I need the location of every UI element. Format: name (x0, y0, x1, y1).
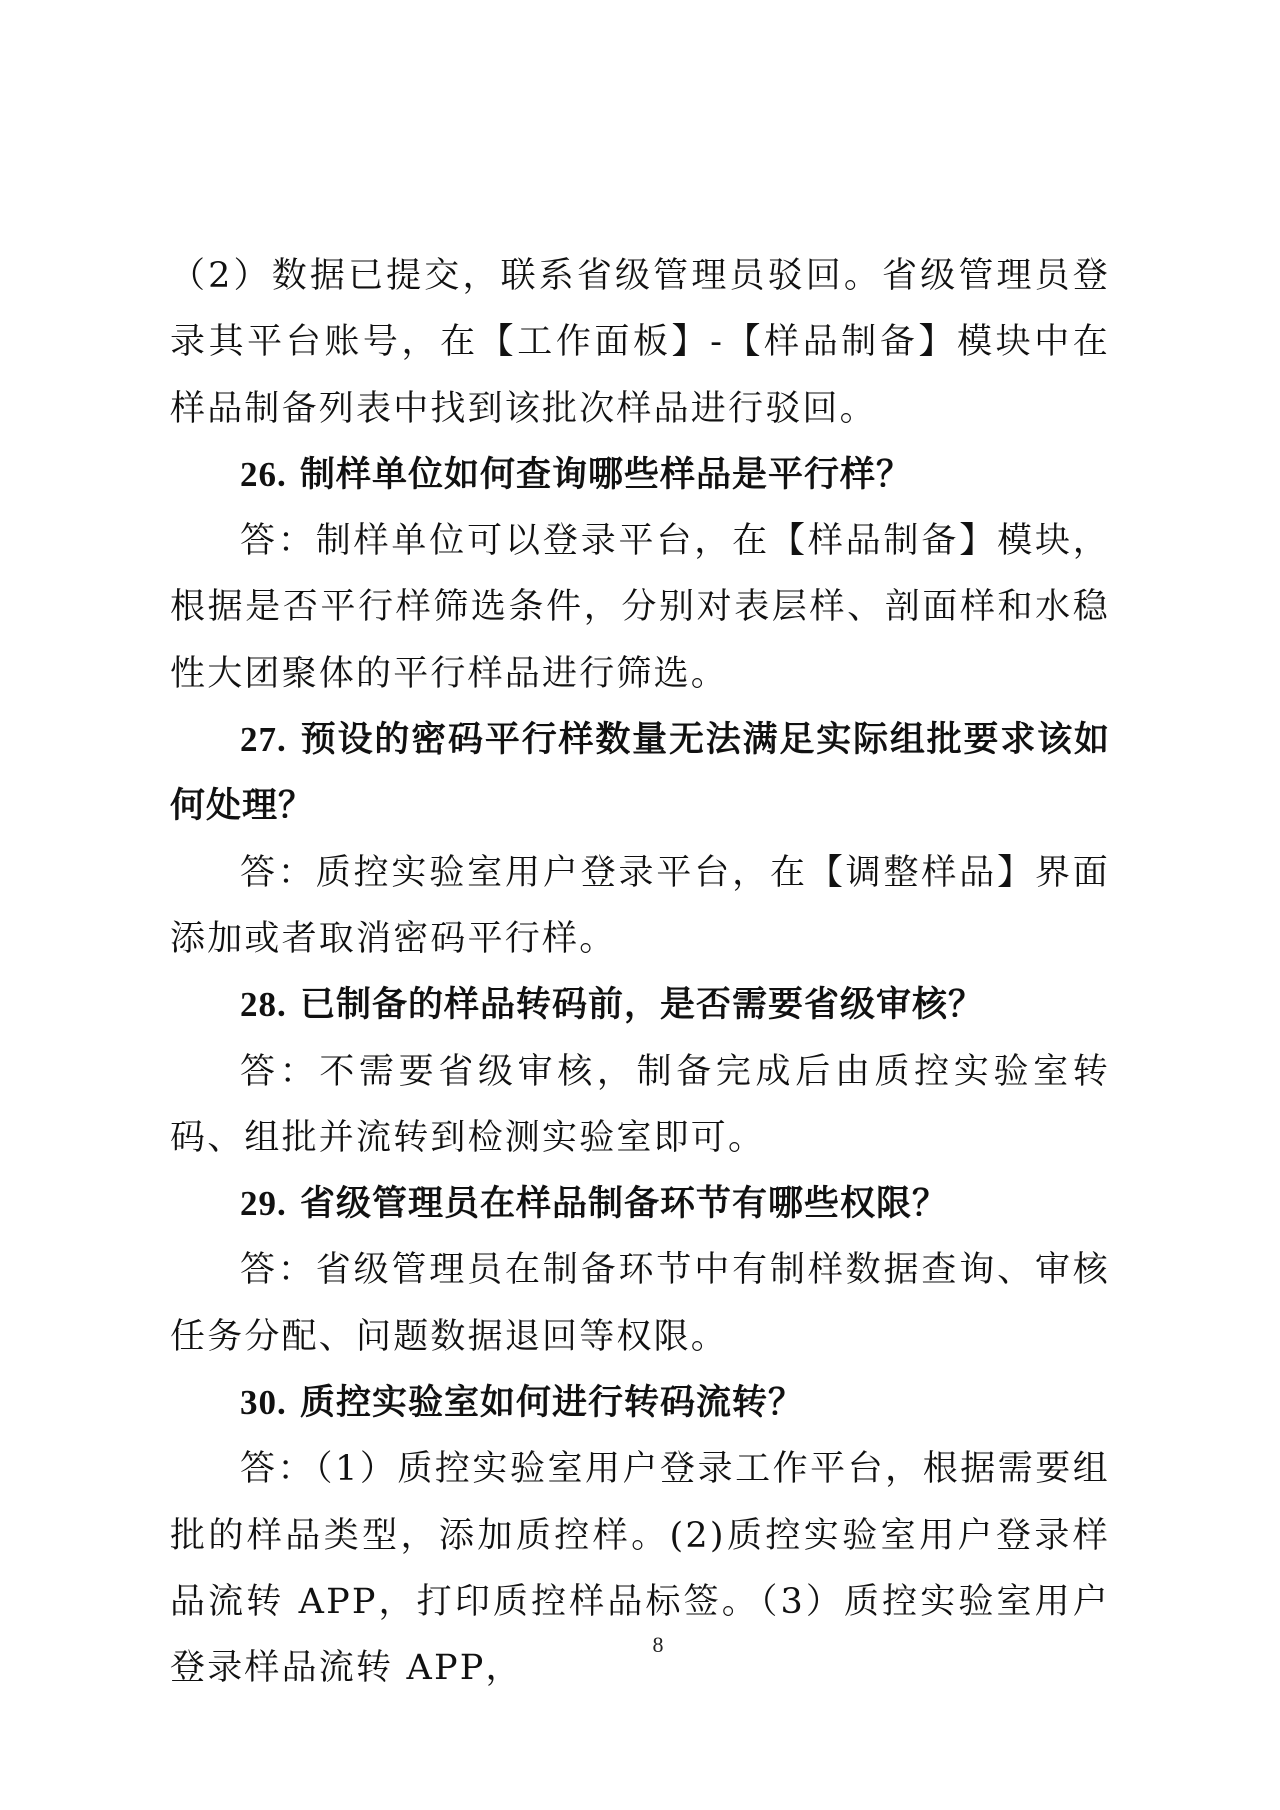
question-text: 已制备的样品转码前，是否需要省级审核？ (300, 985, 984, 1025)
question-number: 28. (240, 985, 287, 1024)
page-number: 8 (0, 1632, 1280, 1658)
question-number: 27. (240, 720, 287, 759)
document-page: （2）数据已提交，联系省级管理员驳回。省级管理员登录其平台账号，在【工作面板】-… (0, 0, 1280, 1810)
question-30: 30. 质控实验室如何进行转码流转？ (170, 1370, 1110, 1436)
question-text: 预设的密码平行样数量无法满足实际组批要求该如何处理？ (170, 720, 1110, 826)
answer-27: 答：质控实验室用户登录平台，在【调整样品】界面添加或者取消密码平行样。 (170, 840, 1110, 973)
question-number: 29. (240, 1184, 287, 1223)
question-text: 省级管理员在样品制备环节有哪些权限？ (300, 1184, 948, 1224)
intro-paragraph: （2）数据已提交，联系省级管理员驳回。省级管理员登录其平台账号，在【工作面板】-… (170, 243, 1110, 442)
question-number: 26. (240, 455, 287, 494)
question-text: 制样单位如何查询哪些样品是平行样？ (300, 455, 912, 495)
question-27: 27. 预设的密码平行样数量无法满足实际组批要求该如何处理？ (170, 707, 1110, 840)
page-body: （2）数据已提交，联系省级管理员驳回。省级管理员登录其平台账号，在【工作面板】-… (170, 243, 1110, 1702)
answer-26: 答：制样单位可以登录平台，在【样品制备】模块，根据是否平行样筛选条件，分别对表层… (170, 508, 1110, 707)
answer-28: 答：不需要省级审核，制备完成后由质控实验室转码、组批并流转到检测实验室即可。 (170, 1039, 1110, 1172)
question-28: 28. 已制备的样品转码前，是否需要省级审核？ (170, 972, 1110, 1038)
answer-29: 答：省级管理员在制备环节中有制样数据查询、审核任务分配、问题数据退回等权限。 (170, 1237, 1110, 1370)
question-29: 29. 省级管理员在样品制备环节有哪些权限？ (170, 1171, 1110, 1237)
answer-30: 答：（1）质控实验室用户登录工作平台，根据需要组批的样品类型，添加质控样。(2)… (170, 1436, 1110, 1701)
question-text: 质控实验室如何进行转码流转？ (300, 1383, 804, 1423)
question-number: 30. (240, 1383, 287, 1422)
question-26: 26. 制样单位如何查询哪些样品是平行样？ (170, 442, 1110, 508)
